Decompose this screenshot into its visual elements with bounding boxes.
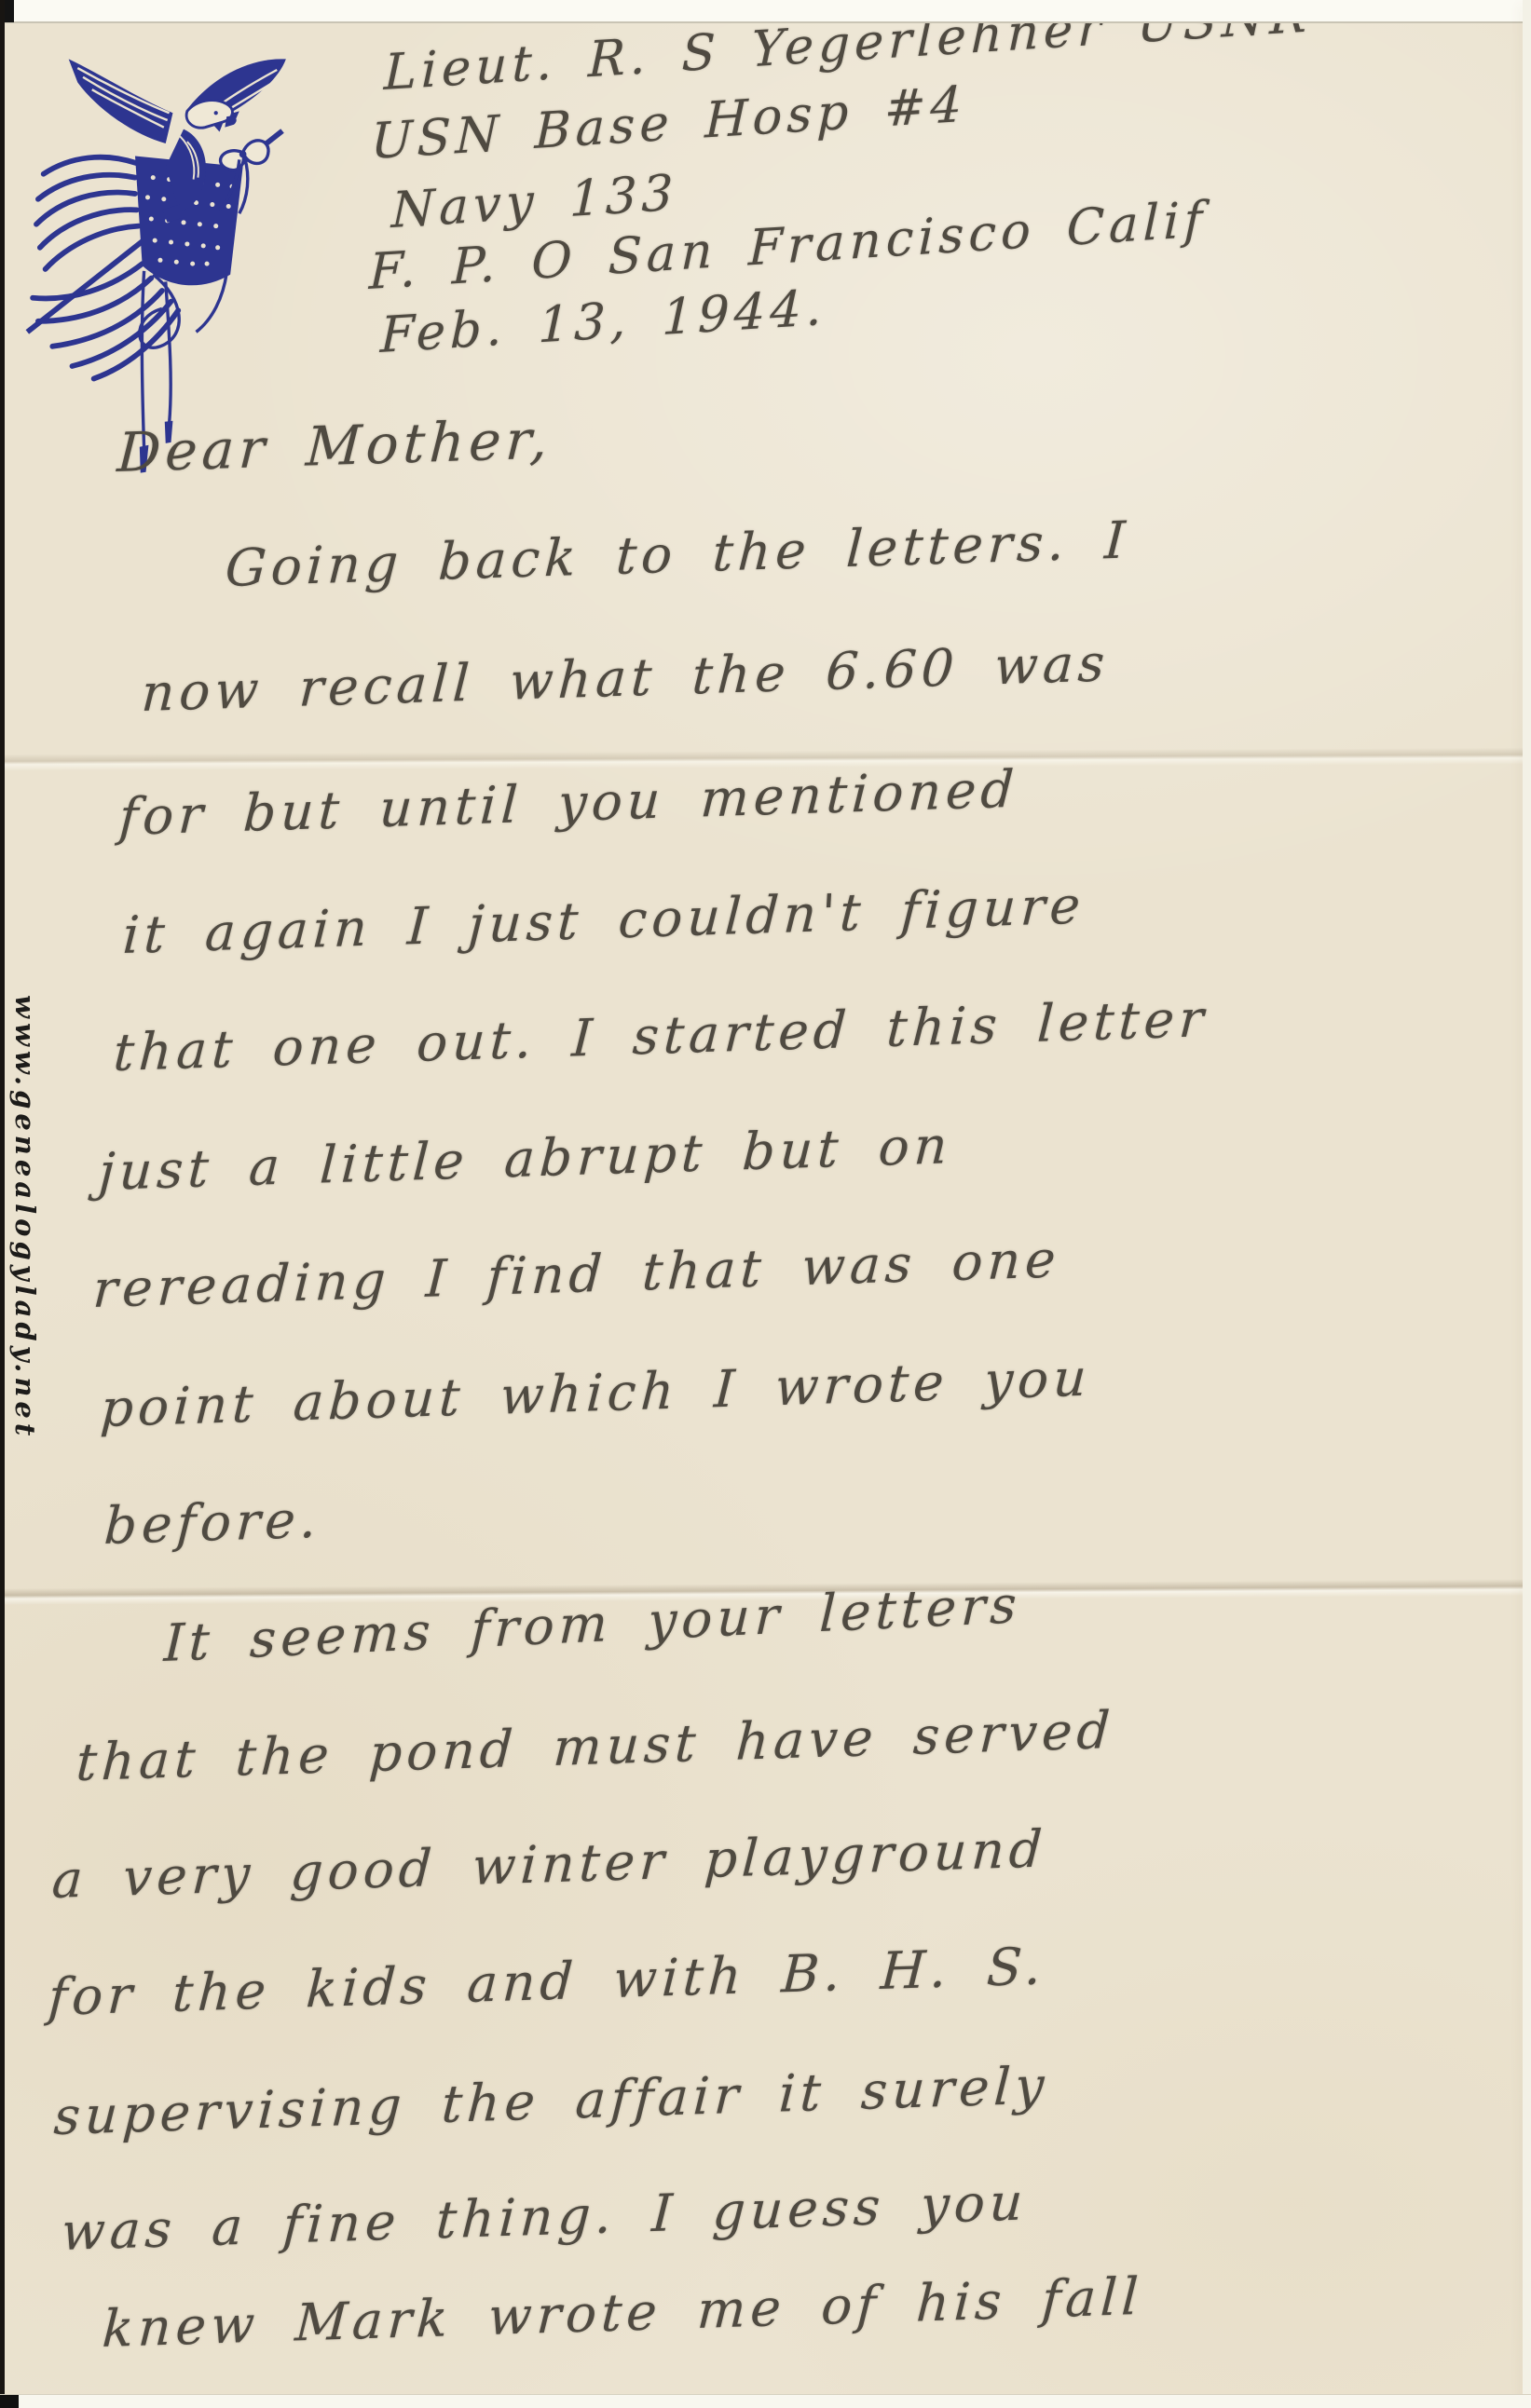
scanner-corner-black-bottom-left — [0, 2395, 19, 2408]
scanner-edge-right — [1523, 0, 1531, 2408]
scanner-edge-left — [0, 0, 5, 2408]
body-line: before. — [103, 1490, 322, 1556]
flag-stripes-lower — [33, 264, 178, 378]
flag-stripes-upper — [36, 157, 139, 269]
letter-scan: www.genealogylady.net Lieut. R. S Yegerl… — [0, 0, 1531, 2408]
scanner-edge-top — [0, 0, 1531, 23]
eagle-beak — [225, 116, 236, 128]
watermark-url: www.genealogylady.net — [9, 995, 41, 1440]
scanner-edge-bottom — [0, 2394, 1531, 2408]
